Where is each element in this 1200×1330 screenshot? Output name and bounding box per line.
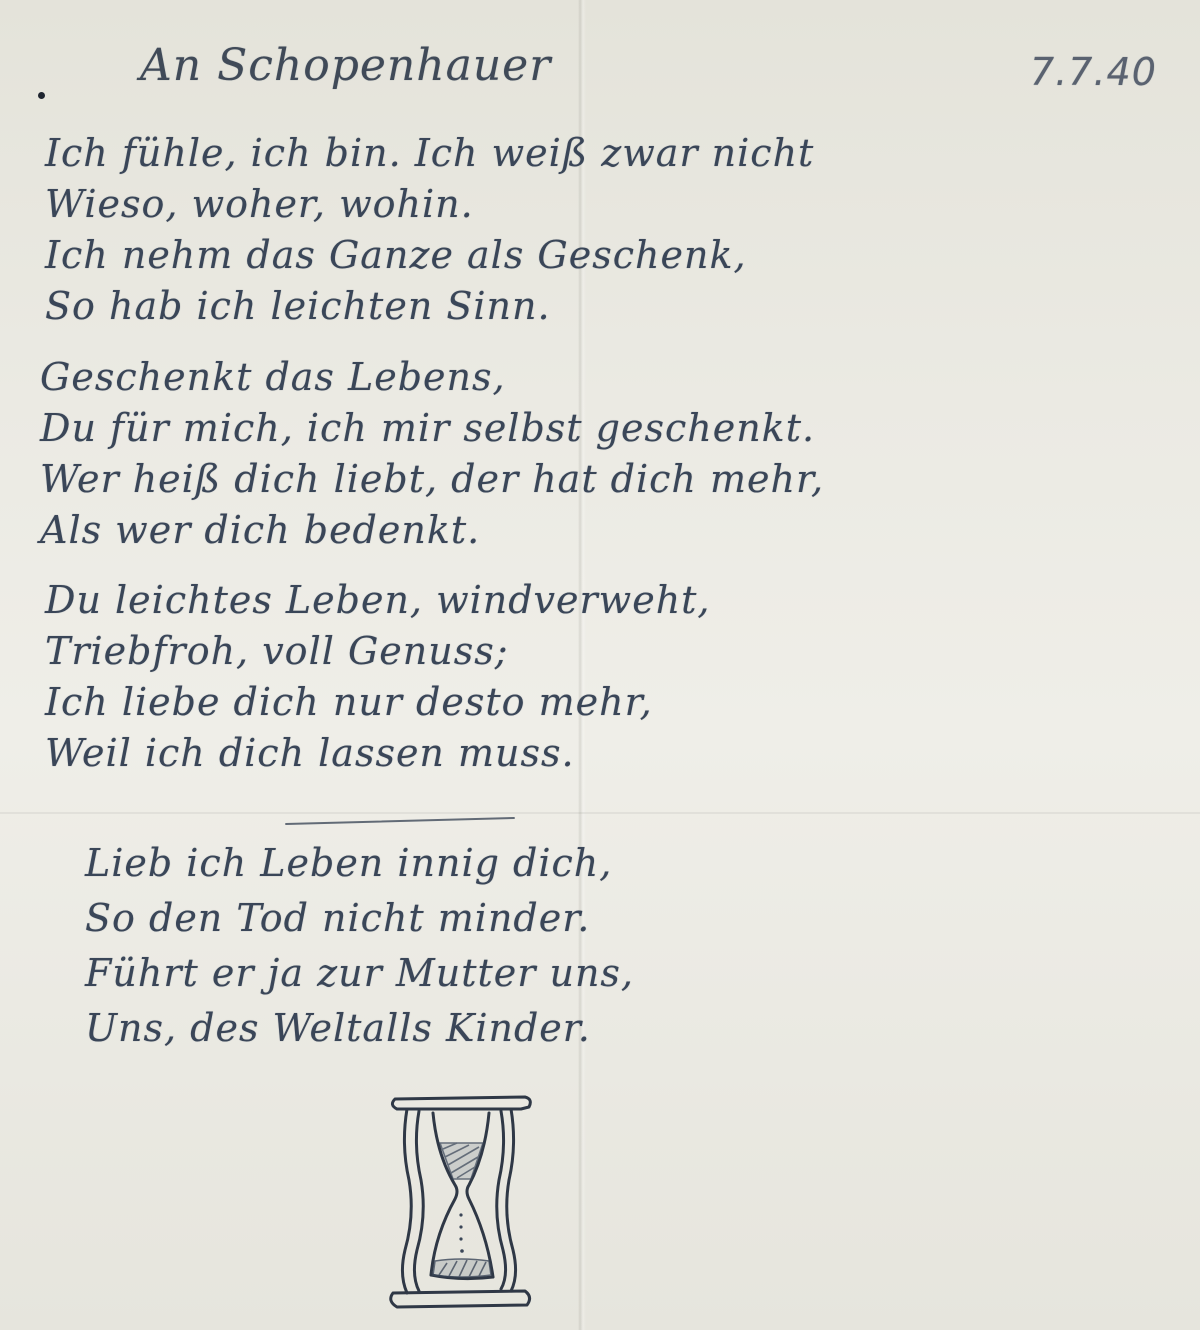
poem-line: Als wer dich bedenkt. xyxy=(40,505,824,556)
poem-line: Lieb ich Leben innig dich, xyxy=(85,836,634,891)
stanza-2: Geschenkt das Lebens, Du für mich, ich m… xyxy=(40,352,824,556)
poem-line: Uns, des Weltalls Kinder. xyxy=(85,1001,634,1056)
stanza-divider-line xyxy=(285,817,515,825)
poem-line: Ich fühle, ich bin. Ich weiß zwar nicht xyxy=(45,128,814,179)
hourglass-icon xyxy=(385,1085,535,1325)
poem-line: Wer heiß dich liebt, der hat dich mehr, xyxy=(40,454,824,505)
paper-fold-line xyxy=(0,812,1200,814)
poem-line: Du für mich, ich mir selbst geschenkt. xyxy=(40,403,824,454)
poem-line: Geschenkt das Lebens, xyxy=(40,352,824,403)
stanza-1: Ich fühle, ich bin. Ich weiß zwar nicht … xyxy=(45,128,814,332)
poem-line: Ich nehm das Ganze als Geschenk, xyxy=(45,230,814,281)
poem-line: Weil ich dich lassen muss. xyxy=(45,728,711,779)
poem-line: Ich liebe dich nur desto mehr, xyxy=(45,677,711,728)
stanza-4: Lieb ich Leben innig dich, So den Tod ni… xyxy=(85,836,634,1056)
poem-title: An Schopenhauer xyxy=(140,40,551,91)
poem-line: Triebfroh, voll Genuss; xyxy=(45,626,711,677)
stanza-3: Du leichtes Leben, windverweht, Triebfro… xyxy=(45,575,711,779)
poem-date: 7.7.40 xyxy=(1030,50,1157,94)
poem-line: So hab ich leichten Sinn. xyxy=(45,281,814,332)
poem-line: Wieso, woher, wohin. xyxy=(45,179,814,230)
poem-line: Du leichtes Leben, windverweht, xyxy=(45,575,711,626)
poem-line: So den Tod nicht minder. xyxy=(85,891,634,946)
poem-line: Führt er ja zur Mutter uns, xyxy=(85,946,634,1001)
ink-dot xyxy=(38,92,45,99)
